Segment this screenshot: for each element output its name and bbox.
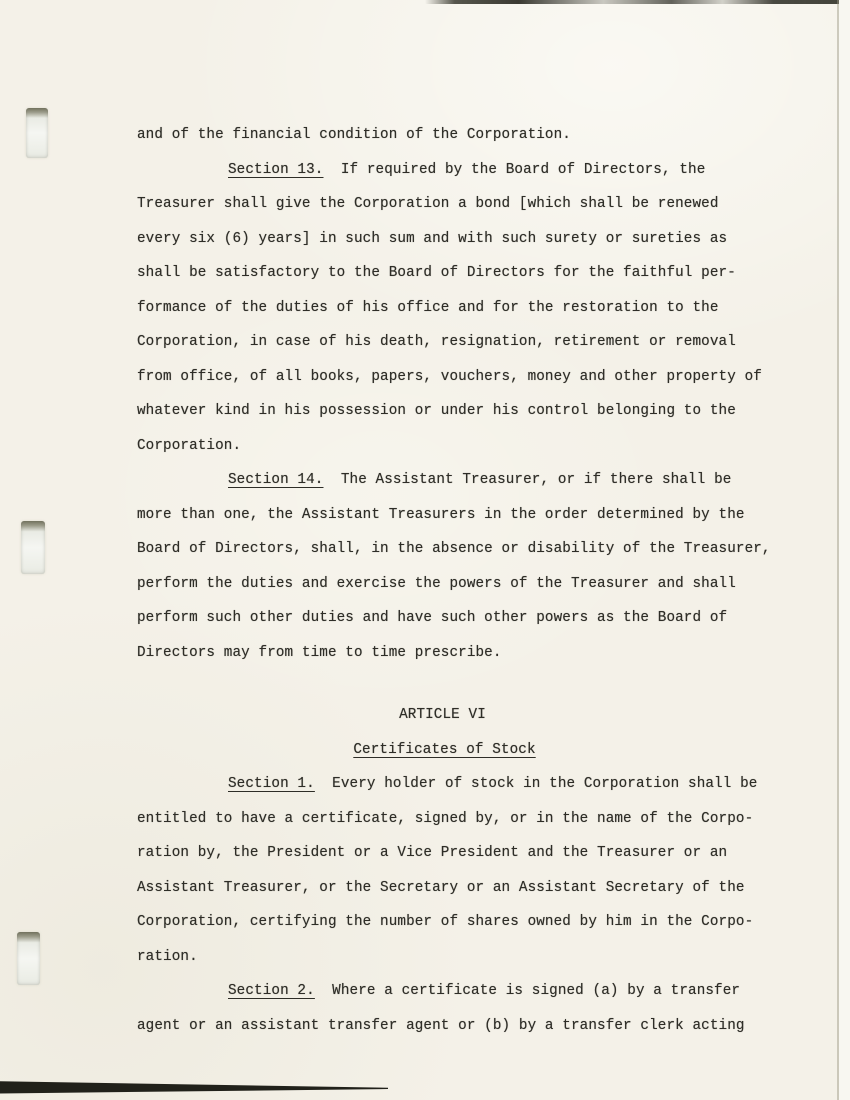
section-13-heading: Section 13. — [228, 162, 323, 178]
paper-right-margin — [839, 0, 850, 1100]
document-text: and of the financial condition of the Co… — [137, 118, 762, 1043]
scan-artifact-top-edge — [425, 0, 850, 4]
scan-artifact-bottom-edge — [0, 1081, 388, 1094]
section-1-first-line: Section 1. Every holder of stock in the … — [137, 767, 762, 802]
section-13-lead-text: If required by the Board of Directors, t… — [323, 162, 705, 178]
document-page: and of the financial condition of the Co… — [0, 0, 850, 1100]
article-vi-title: ARTICLE VI — [130, 698, 755, 733]
section-13-first-line: Section 13. If required by the Board of … — [137, 153, 762, 188]
section-1-heading: Section 1. — [228, 776, 315, 792]
section-14-first-line: Section 14. The Assistant Treasurer, or … — [137, 463, 762, 498]
section-14-paragraph: Section 14. The Assistant Treasurer, or … — [137, 463, 762, 670]
section-14-lead-text: The Assistant Treasurer, or if there sha… — [323, 472, 731, 488]
section-2-body: agent or an assistant transfer agent or … — [137, 1009, 762, 1044]
section-14-body: more than one, the Assistant Treasurers … — [137, 498, 762, 671]
section-2-heading: Section 2. — [228, 983, 315, 999]
section-1-lead-text: Every holder of stock in the Corporation… — [315, 776, 758, 792]
section-13-paragraph: Section 13. If required by the Board of … — [137, 153, 762, 464]
section-2-lead-text: Where a certificate is signed (a) by a t… — [315, 983, 740, 999]
article-vi-subtitle-row: Certificates of Stock — [132, 733, 757, 768]
section-1-body: entitled to have a certificate, signed b… — [137, 802, 762, 975]
section-2-paragraph: Section 2. Where a certificate is signed… — [137, 974, 762, 1043]
continuation-line: and of the financial condition of the Co… — [137, 118, 762, 153]
section-13-body: Treasurer shall give the Corporation a b… — [137, 187, 762, 463]
paper-right-edge — [837, 0, 839, 1100]
binder-hole-bottom — [17, 932, 40, 985]
binder-hole-middle — [21, 521, 45, 574]
article-vi-subtitle: Certificates of Stock — [353, 742, 535, 758]
section-2-first-line: Section 2. Where a certificate is signed… — [137, 974, 762, 1009]
section-14-heading: Section 14. — [228, 472, 323, 488]
binder-hole-top — [26, 108, 48, 158]
section-1-paragraph: Section 1. Every holder of stock in the … — [137, 767, 762, 974]
